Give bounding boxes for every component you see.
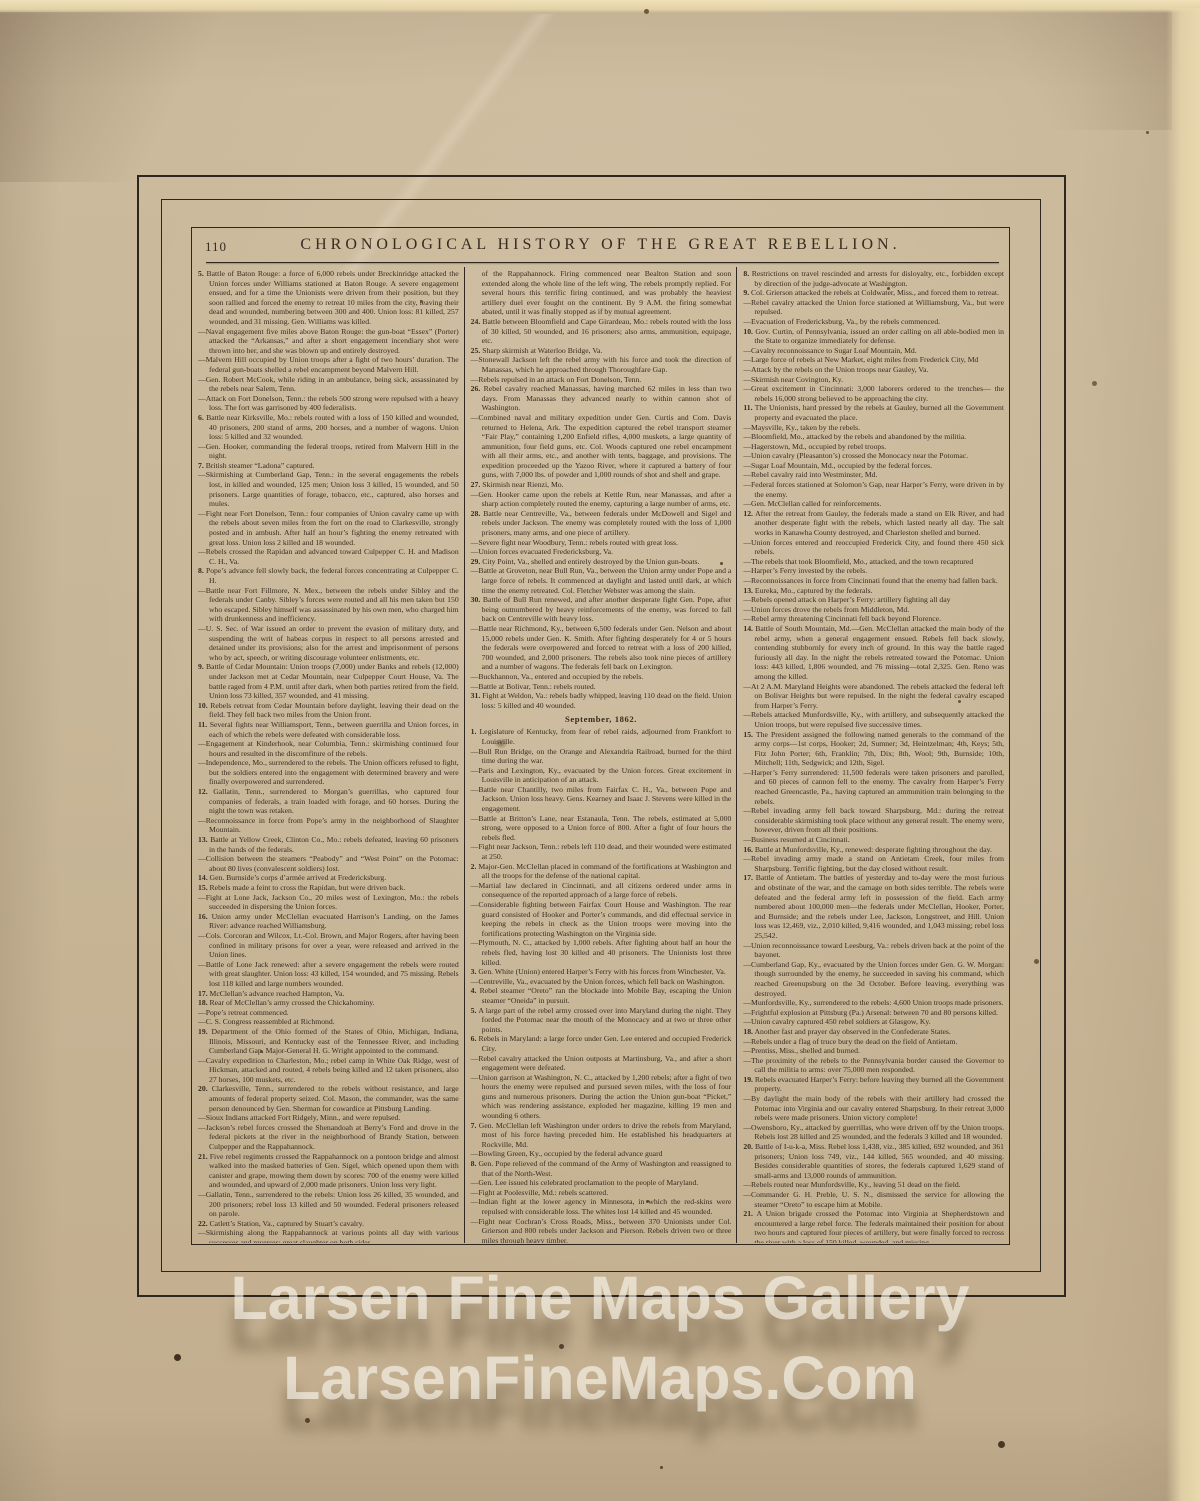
entry-day-number: 16.: [198, 912, 208, 921]
chronology-entry: —Skirmishing at Cumberland Gap, Tenn.: i…: [198, 470, 459, 508]
chronology-entry: —Gen. Hooker came upon the rebels at Ket…: [471, 490, 732, 509]
chronology-entry: 20. Battle of I-u-k-a, Miss. Rebel loss …: [743, 1142, 1004, 1180]
chronology-entry: —Independence, Mo., surrendered to the r…: [198, 758, 459, 787]
watermark: Larsen Fine Maps Gallery LarsenFineMaps.…: [0, 1258, 1200, 1418]
chronology-entry: —Gen. Hooker, commanding the federal tro…: [198, 442, 459, 461]
entry-day-number: 25.: [471, 346, 481, 355]
chronology-entry: 29. City Point, Va., shelled and entirel…: [471, 557, 732, 567]
chronology-entry: —Battle at Groveton, near Bull Run, Va.,…: [471, 566, 732, 595]
chronology-entry: 8. Gen. Pope relieved of the command of …: [471, 1159, 732, 1178]
chronology-entry: 3. Gen. White (Union) entered Harper’s F…: [471, 967, 732, 977]
chronology-entry: 13. Eureka, Mo., captured by the federal…: [743, 586, 1004, 596]
chronology-entry: —Attack on Fort Donelson, Tenn.: the reb…: [198, 394, 459, 413]
chronology-entry: —Gen. McClellan called for reinforcement…: [743, 499, 1004, 509]
entry-day-number: 8.: [471, 1159, 477, 1168]
chronology-entry: —Rebel army threatening Cincinnati fell …: [743, 614, 1004, 624]
entry-day-number: 13.: [198, 835, 208, 844]
text-columns: 5. Battle of Baton Rouge: a force of 6,0…: [192, 267, 1009, 1243]
entry-day-number: 7.: [198, 461, 204, 470]
paper-edge-top: [0, 0, 1200, 13]
chronology-entry: —Union garrison at Washington, N. C., at…: [471, 1073, 732, 1121]
chronology-entry: —Plymouth, N. C., attacked by 1,000 rebe…: [471, 938, 732, 967]
chronology-entry: —Centreville, Va., evacuated by the Unio…: [471, 977, 732, 987]
entry-day-number: 17.: [743, 873, 753, 882]
chronology-entry: —Gen. Robert McCook, while riding in an …: [198, 375, 459, 394]
chronology-entry: —Commander G. H. Preble, U. S. N., dismi…: [743, 1190, 1004, 1209]
chronology-entry: 24. Battle between Bloomfield and Cape G…: [471, 317, 732, 346]
chronology-entry: —Union cavalry captured 450 rebel soldie…: [743, 1017, 1004, 1027]
chronology-entry: 25. Sharp skirmish at Waterloo Bridge, V…: [471, 346, 732, 356]
chronology-entry: —Battle near Fort Fillmore, N. Mex., bet…: [198, 586, 459, 624]
chronology-entry: —Rebels routed near Munfordsville, Ky., …: [743, 1180, 1004, 1190]
chronology-entry: —Harper’s Ferry invested by the rebels.: [743, 566, 1004, 576]
entry-day-number: 7.: [471, 1121, 477, 1130]
chronology-entry: —Battle at Bolivar, Tenn.: rebels routed…: [471, 682, 732, 692]
chronology-entry: —Bowling Green, Ky., occupied by the fed…: [471, 1149, 732, 1159]
chronology-entry: 8. Pope’s advance fell slowly back, the …: [198, 566, 459, 585]
chronology-entry: —Cols. Corcoran and Wilcox, Lt.-Col. Bro…: [198, 931, 459, 960]
chronology-entry: —Rebel invading army fell back toward Sh…: [743, 806, 1004, 835]
entry-day-number: 9.: [743, 288, 749, 297]
entry-day-number: 19.: [198, 1027, 208, 1036]
chronology-entry: 28. Battle near Centreville, Va., betwee…: [471, 509, 732, 538]
chronology-entry: 21. Five rebel regiments crossed the Rap…: [198, 1152, 459, 1190]
chronology-entry: —Bull Run Bridge, on the Orange and Alex…: [471, 747, 732, 766]
chronology-entry: —Owensboro, Ky., attacked by guerrillas,…: [743, 1123, 1004, 1142]
entry-day-number: 10.: [198, 701, 208, 710]
chronology-entry: —Considerable fighting between Fairfax C…: [471, 900, 732, 938]
chronology-entry: —Skirmishing along the Rappahannock at v…: [198, 1228, 459, 1243]
chronology-entry: 16. Battle at Munfordsville, Ky., renewe…: [743, 845, 1004, 855]
entry-day-number: 6.: [471, 1034, 477, 1043]
page-header: 110 CHRONOLOGICAL HISTORY OF THE GREAT R…: [192, 231, 1009, 260]
chronology-entry: —Union reconnoissance toward Leesburg, V…: [743, 941, 1004, 960]
entry-day-number: 21.: [198, 1152, 208, 1161]
chronology-entry: 8. Restrictions on travel rescinded and …: [743, 269, 1004, 288]
chronology-entry: 9. Col. Grierson attacked the rebels at …: [743, 288, 1004, 298]
chronology-entry: —Union forces entered and reoccupied Fre…: [743, 538, 1004, 557]
chronology-entry: —Combined naval and military expedition …: [471, 413, 732, 480]
entry-day-number: 15.: [743, 730, 753, 739]
chronology-entry: —Fight at Poolesville, Md.: rebels scatt…: [471, 1188, 732, 1198]
entry-day-number: 12.: [198, 787, 208, 796]
chronology-entry: —Malvern Hill occupied by Union troops a…: [198, 355, 459, 374]
entry-day-number: 8.: [743, 269, 749, 278]
chronology-entry: 11. Several fights near Williamsport, Te…: [198, 720, 459, 739]
entry-day-number: 27.: [471, 480, 481, 489]
chronology-entry: 4. Rebel steamer “Oreto” ran the blockad…: [471, 986, 732, 1005]
chronology-entry: 11. The Unionists, hard pressed by the r…: [743, 403, 1004, 422]
chronology-entry: 2. Major-Gen. McClellan placed in comman…: [471, 862, 732, 881]
entry-day-number: 24.: [471, 317, 481, 326]
chronology-entry: —Battle at Britton’s Lane, near Estanaul…: [471, 814, 732, 843]
chronology-entry: 12. After the retreat from Gauley, the f…: [743, 509, 1004, 538]
entry-day-number: 3.: [471, 967, 477, 976]
chronology-entry: —Rebels opened attack on Harper’s Ferry:…: [743, 595, 1004, 605]
chronology-entry: 27. Skirmish near Rienzi, Mo.: [471, 480, 732, 490]
chronology-entry: —Great excitement in Cincinnati: 3,000 l…: [743, 384, 1004, 403]
chronology-entry: —Evacuation of Fredericksburg, Va., by t…: [743, 317, 1004, 327]
entry-day-number: 29.: [471, 557, 481, 566]
chronology-entry: 13. Battle at Yellow Creek, Clinton Co.,…: [198, 835, 459, 854]
chronology-entry: —Union forces drove the rebels from Midd…: [743, 605, 1004, 615]
chronology-entry: —Rebels under a flag of truce bury the d…: [743, 1037, 1004, 1047]
chronology-entry: —Rebel cavalry attacked the Union outpos…: [471, 1054, 732, 1073]
column-1: 5. Battle of Baton Rouge: a force of 6,0…: [192, 267, 464, 1243]
entry-day-number: 5.: [471, 1006, 477, 1015]
chronology-entry: —Buckhannon, Va., entered and occupied b…: [471, 672, 732, 682]
chronology-entry: —Indian fight at the lower agency in Min…: [471, 1197, 732, 1216]
chronology-entry: —At 2 A.M. Maryland Heights were abandon…: [743, 682, 1004, 711]
chronology-entry: 14. Gen. Burnside’s corps d’armée arrive…: [198, 873, 459, 883]
chronology-entry: —Large force of rebels at New Market, ei…: [743, 355, 1004, 365]
chronology-entry: —Rebel cavalry raid into Westminster, Md…: [743, 470, 1004, 480]
chronology-entry: —Fight near Fort Donelson, Tenn.: four c…: [198, 509, 459, 547]
entry-day-number: 15.: [198, 883, 208, 892]
chronology-entry: —Cavalry expedition to Charleston, Mo.; …: [198, 1056, 459, 1085]
chronology-entry: —Rebel cavalry attacked the Union force …: [743, 298, 1004, 317]
entry-day-number: 10.: [743, 327, 753, 336]
chronology-entry: 6. Rebels in Maryland: a large force und…: [471, 1034, 732, 1053]
chronology-entry: 20. Clarkesville, Tenn., surrendered to …: [198, 1084, 459, 1113]
entry-day-number: 30.: [471, 595, 481, 604]
chronology-entry: 19. Department of the Ohio formed of the…: [198, 1027, 459, 1056]
chronology-entry: —Reconnoissance in force from Pope’s arm…: [198, 816, 459, 835]
entry-day-number: 26.: [471, 384, 481, 393]
chronology-entry: —Business resumed at Cincinnati.: [743, 835, 1004, 845]
chronology-entry: —Sioux Indians attacked Fort Ridgely, Mi…: [198, 1113, 459, 1123]
chronology-entry: —Maysville, Ky., taken by the rebels.: [743, 423, 1004, 433]
chronology-entry: —Martial law declared in Cincinnati, and…: [471, 881, 732, 900]
chronology-entry: —Naval engagement five miles above Baton…: [198, 327, 459, 356]
chronology-entry: —Union forces evacuated Fredericksburg, …: [471, 547, 732, 557]
watermark-line-1: Larsen Fine Maps Gallery: [0, 1258, 1200, 1338]
page-fold-top-right: [892, 0, 1172, 130]
entry-day-number: 1.: [471, 727, 477, 736]
chronology-entry: 17. McClellan’s advance reached Hampton,…: [198, 989, 459, 999]
chronology-entry: 7. Gen. McClellan left Washington under …: [471, 1121, 732, 1150]
chronology-entry: —Skirmish near Covington, Ky.: [743, 375, 1004, 385]
chronology-entry: —Rebel invading army made a stand on Ant…: [743, 854, 1004, 873]
chronology-entry: —Battle near Richmond, Ky., between 6,50…: [471, 624, 732, 672]
chronology-entry: 10. Gov. Curtin, of Pennsylvania, issued…: [743, 327, 1004, 346]
chronology-entry: 7. British steamer “Ladona” captured.: [198, 461, 459, 471]
entry-day-number: 14.: [198, 873, 208, 882]
entry-day-number: 6.: [198, 413, 204, 422]
entry-day-number: 11.: [743, 403, 752, 412]
chronology-entry: —Munfordsville, Ky., surrendered to the …: [743, 998, 1004, 1008]
chronology-entry: —C. S. Congress reassembled at Richmond.: [198, 1017, 459, 1027]
chronology-entry: 6. Battle near Kirksville, Mo.: rebels r…: [198, 413, 459, 442]
chronology-entry: —Cumberland Gap, Ky., evacuated by the U…: [743, 960, 1004, 998]
page-content: 110 CHRONOLOGICAL HISTORY OF THE GREAT R…: [191, 227, 1010, 1245]
chronology-entry: —Prentiss, Miss., shelled and burned.: [743, 1046, 1004, 1056]
chronology-entry: —By daylight the main body of the rebels…: [743, 1094, 1004, 1123]
entry-day-number: 13.: [743, 586, 753, 595]
chronology-entry: 19. Rebels evacuated Harper’s Ferry: bef…: [743, 1075, 1004, 1094]
entry-day-number: 21.: [743, 1209, 753, 1218]
chronology-entry: —Cavalry reconnoissance to Sugar Loaf Mo…: [743, 346, 1004, 356]
entry-day-number: 8.: [198, 566, 204, 575]
chronology-entry: 15. The President assigned the following…: [743, 730, 1004, 768]
chronology-entry: 15. Rebels made a feint to cross the Rap…: [198, 883, 459, 893]
chronology-entry: —Gen. Lee issued his celebrated proclama…: [471, 1178, 732, 1188]
chronology-entry: 31. Fight at Weldon, Va.: rebels badly w…: [471, 691, 732, 710]
chronology-entry: —Fight near Cochran’s Cross Roads, Miss.…: [471, 1217, 732, 1243]
chronology-entry: —Engagement at Kinderhook, near Columbia…: [198, 739, 459, 758]
chronology-entry: 26. Rebel cavalry reached Manassas, havi…: [471, 384, 732, 413]
entry-day-number: 11.: [198, 720, 207, 729]
chronology-entry: 30. Battle of Bull Run renewed, and afte…: [471, 595, 732, 624]
chronology-entry: —Reconnoissances in force from Cincinnat…: [743, 576, 1004, 586]
entry-day-number: 20.: [198, 1084, 208, 1093]
scanned-page: 110 CHRONOLOGICAL HISTORY OF THE GREAT R…: [0, 0, 1200, 1501]
chronology-entry: —Federal forces stationed at Solomon’s G…: [743, 480, 1004, 499]
section-header-september-1862: September, 1862.: [471, 714, 732, 724]
entry-day-number: 2.: [471, 862, 477, 871]
chronology-entry: 22. Catlett’s Station, Va., captured by …: [198, 1219, 459, 1229]
column-3: 8. Restrictions on travel rescinded and …: [736, 267, 1009, 1243]
chronology-entry: —Rebels attacked Munfordsville, Ky., wit…: [743, 710, 1004, 729]
entry-day-number: 31.: [471, 691, 481, 700]
chronology-entry: —The proximity of the rebels to the Penn…: [743, 1056, 1004, 1075]
entry-day-number: 9.: [198, 662, 204, 671]
entry-day-number: 20.: [743, 1142, 753, 1151]
chronology-entry: 18. Another fast and prayer day observed…: [743, 1027, 1004, 1037]
entry-day-number: 19.: [743, 1075, 753, 1084]
chronology-entry: 5. Battle of Baton Rouge: a force of 6,0…: [198, 269, 459, 327]
chronology-entry: 17. Battle of Antietam. The battles of y…: [743, 873, 1004, 940]
chronology-entry: —Union cavalry (Pleasanton’s) crossed th…: [743, 451, 1004, 461]
chronology-entry: of the Rappahannock. Firing commenced ne…: [471, 269, 732, 317]
chronology-entry: —U. S. Sec. of War issued an order to pr…: [198, 624, 459, 662]
chronology-entry: —Fight near Jackson, Tenn.: rebels left …: [471, 842, 732, 861]
chronology-entry: —Bloomfield, Mo., attacked by the rebels…: [743, 432, 1004, 442]
chronology-entry: —Fight at Lone Jack, Jackson Co., 20 mil…: [198, 893, 459, 912]
chronology-entry: —The rebels that took Bloomfield, Mo., a…: [743, 557, 1004, 567]
entry-day-number: 28.: [471, 509, 481, 518]
chronology-entry: 9. Battle of Cedar Mountain: Union troop…: [198, 662, 459, 700]
entry-day-number: 16.: [743, 845, 753, 854]
chronology-entry: —Battle near Chantilly, two miles from F…: [471, 785, 732, 814]
chronology-entry: —Hagerstown, Md., occupied by rebel troo…: [743, 442, 1004, 452]
chronology-entry: —Stonewall Jackson left the rebel army w…: [471, 355, 732, 374]
chronology-entry: —Pope’s retreat commenced.: [198, 1008, 459, 1018]
chronology-entry: 16. Union army under McClellan evacuated…: [198, 912, 459, 931]
watermark-line-2: LarsenFineMaps.Com: [0, 1338, 1200, 1418]
chronology-entry: —Rebels repulsed in an attack on Fort Do…: [471, 375, 732, 385]
chronology-entry: —Jackson’s rebel forces crossed the Shen…: [198, 1123, 459, 1152]
chronology-entry: —Severe fight near Woodbury, Tenn.: rebe…: [471, 538, 732, 548]
entry-day-number: 18.: [198, 998, 208, 1007]
paper-specks: [0, 0, 3, 3]
entry-day-number: 5.: [198, 269, 204, 278]
entry-day-number: 4.: [471, 986, 477, 995]
chronology-entry: —Paris and Lexington, Ky., evacuated by …: [471, 766, 732, 785]
header-rule: [206, 262, 999, 263]
chronology-entry: —Gallatin, Tenn., surrendered to the reb…: [198, 1190, 459, 1219]
entry-day-number: 17.: [198, 989, 208, 998]
entry-day-number: 12.: [743, 509, 753, 518]
column-2-august-entries: of the Rappahannock. Firing commenced ne…: [471, 269, 732, 710]
chronology-entry: —Battle of Lone Jack renewed: after a se…: [198, 960, 459, 989]
chronology-entry: —Sugar Loaf Mountain, Md., occupied by t…: [743, 461, 1004, 471]
chronology-entry: —Rebels crossed the Rapidan and advanced…: [198, 547, 459, 566]
chronology-entry: 18. Rear of McClellan’s army crossed the…: [198, 998, 459, 1008]
chronology-entry: 5. A large part of the rebel army crosse…: [471, 1006, 732, 1035]
column-2: of the Rappahannock. Firing commenced ne…: [464, 267, 737, 1243]
chronology-entry: —Frightful explosion at Pittsburg (Pa.) …: [743, 1008, 1004, 1018]
page-title: CHRONOLOGICAL HISTORY OF THE GREAT REBEL…: [192, 236, 1009, 254]
chronology-entry: —Harper’s Ferry surrendered: 11,500 fede…: [743, 768, 1004, 806]
entry-day-number: 14.: [743, 624, 753, 633]
chronology-entry: —Collision between the steamers “Peabody…: [198, 854, 459, 873]
entry-day-number: 18.: [743, 1027, 753, 1036]
chronology-entry: 21. A Union brigade crossed the Potomac …: [743, 1209, 1004, 1243]
column-2-september-entries: 1. Legislature of Kentucky, from fear of…: [471, 727, 732, 1243]
entry-day-number: 22.: [198, 1219, 208, 1228]
chronology-entry: 1. Legislature of Kentucky, from fear of…: [471, 727, 732, 746]
chronology-entry: 12. Gallatin, Tenn., surrendered to Morg…: [198, 787, 459, 816]
chronology-entry: 14. Battle of South Mountain, Md.—Gen. M…: [743, 624, 1004, 682]
chronology-entry: 10. Rebels retreat from Cedar Mountain b…: [198, 701, 459, 720]
chronology-entry: —Attack by the rebels on the Union troop…: [743, 365, 1004, 375]
